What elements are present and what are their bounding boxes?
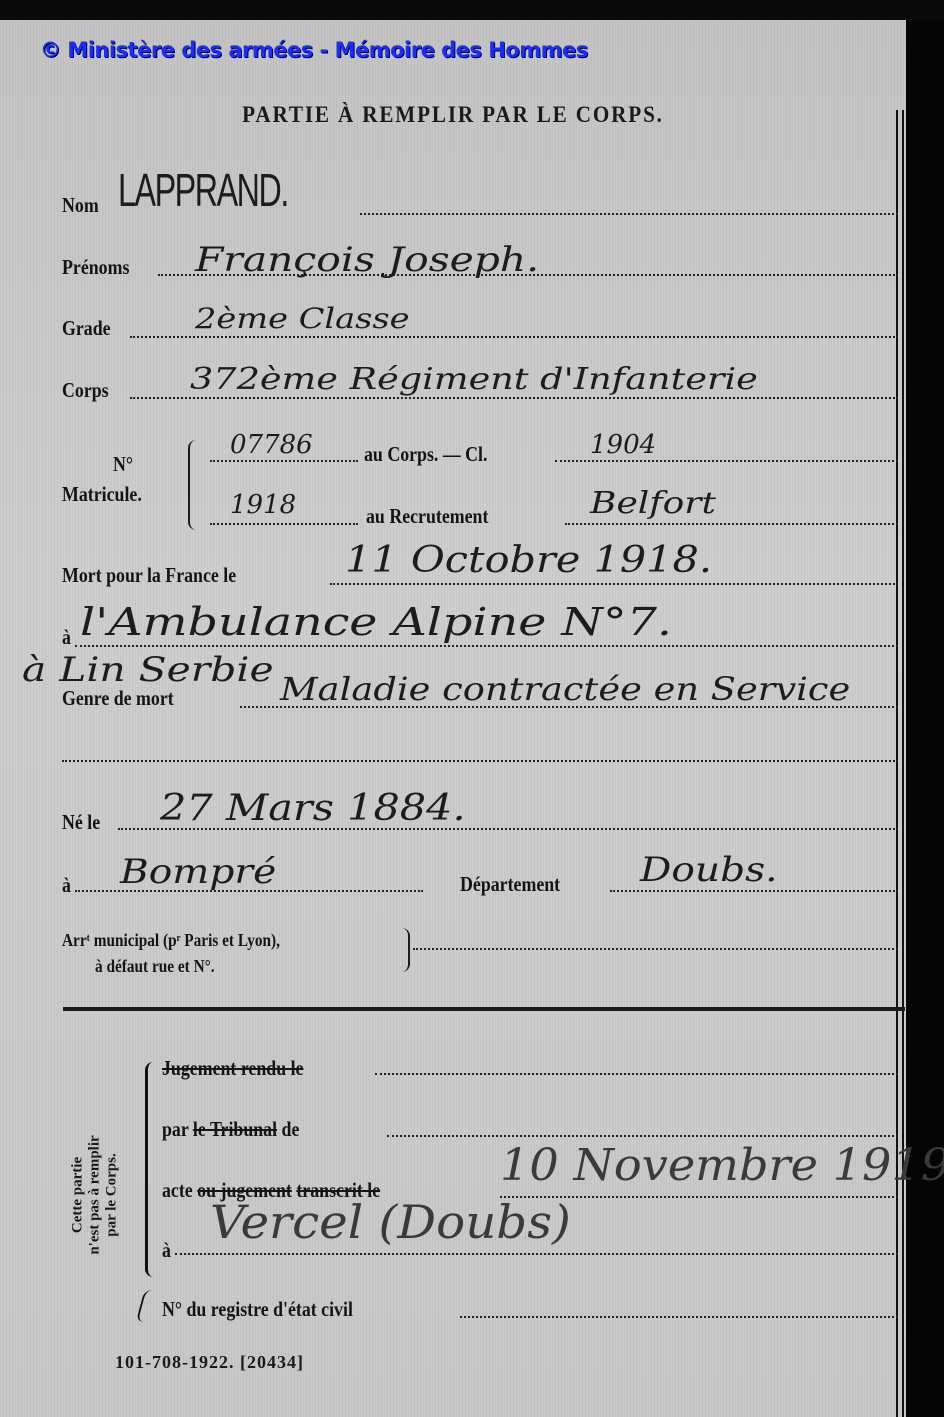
dotted-line: [460, 1316, 898, 1318]
side-note-line: n'est pas à remplir: [87, 1080, 104, 1310]
tribunal-prefix: par: [162, 1117, 188, 1141]
matricule-corps-value: 07786: [230, 430, 313, 460]
dotted-line: [210, 523, 358, 525]
watermark: © Ministère des armées - Mémoire des Hom…: [40, 38, 588, 62]
arrondissement-label-1: Arrᵗ municipal (pʳ Paris et Lyon),: [62, 930, 280, 951]
grade-label: Grade: [62, 316, 111, 341]
page-title: PARTIE À REMPLIR PAR LE CORPS.: [36, 102, 870, 128]
brace: [398, 928, 410, 972]
classe-value: 1904: [590, 430, 656, 460]
lieu-mort-extra: à Lin Serbie: [22, 650, 274, 690]
matricule-no-label: N°: [113, 452, 133, 477]
dotted-line: [130, 397, 898, 399]
lieu-naissance-value: Bompré: [120, 852, 276, 892]
border-line: [902, 110, 904, 1417]
corps-value: 372ème Régiment d'Infanterie: [190, 362, 758, 397]
brace: [145, 1062, 158, 1277]
mort-label: Mort pour la France le: [62, 563, 236, 588]
side-note: Cette partie n'est pas à remplir par le …: [40, 1080, 150, 1310]
lieu-mort-value: l'Ambulance Alpine N°7.: [80, 600, 672, 644]
acte-value: 10 Novembre 1919: [500, 1140, 944, 1191]
matricule-corps-label: au Corps. — Cl.: [364, 442, 487, 467]
transcription-lieu-value: Vercel (Doubs): [210, 1195, 571, 1249]
registre-label: N° du registre d'état civil: [162, 1297, 353, 1322]
section-divider: [63, 1007, 905, 1011]
corps-label: Corps: [62, 378, 109, 403]
dotted-line: [387, 1135, 898, 1137]
form-code: 101-708-1922. [20434]: [115, 1352, 304, 1373]
dotted-line: [565, 523, 898, 525]
nom-value: LAPPRAND.: [118, 163, 288, 217]
prenoms-value: François Joseph.: [195, 240, 539, 280]
dotted-line: [130, 336, 898, 338]
naissance-value: 27 Mars 1884.: [160, 788, 466, 829]
dotted-line: [375, 1073, 898, 1075]
lieu-mort-label: à: [62, 625, 71, 650]
side-note-line: par le Corps.: [104, 1080, 121, 1310]
matricule-label: Matricule.: [62, 482, 142, 507]
dotted-line: [175, 1253, 898, 1255]
arrondissement-label-2: à défaut rue et N°.: [95, 956, 215, 977]
dotted-line: [75, 645, 898, 647]
nom-label: Nom: [62, 193, 99, 218]
scan-edge: [906, 20, 944, 1417]
mort-value: 11 Octobre 1918.: [345, 540, 712, 581]
dotted-line: [62, 760, 898, 762]
departement-value: Doubs.: [640, 850, 778, 890]
genre-mort-value: Maladie contractée en Service: [280, 670, 850, 708]
tribunal-struck: le Tribunal: [193, 1117, 277, 1141]
dotted-line: [610, 890, 898, 892]
recrutement-value: 1918: [230, 490, 296, 520]
prenoms-label: Prénoms: [62, 255, 129, 280]
naissance-label: Né le: [62, 810, 100, 835]
recrutement-place: Belfort: [590, 486, 716, 521]
dotted-line: [330, 583, 898, 585]
lieu-naissance-label: à: [62, 873, 71, 898]
dotted-line: [360, 213, 898, 215]
side-note-line: Cette partie: [70, 1080, 87, 1310]
dotted-line: [210, 460, 358, 462]
tribunal-label: par le Tribunal de: [162, 1117, 299, 1142]
dotted-line: [413, 948, 898, 950]
dotted-line: [555, 460, 898, 462]
transcription-lieu-label: à: [162, 1238, 171, 1263]
jugement-label: Jugement rendu le: [162, 1056, 303, 1081]
departement-label: Département: [460, 872, 560, 897]
acte-prefix: acte: [162, 1178, 193, 1202]
border-line: [896, 110, 898, 1417]
genre-mort-label: Genre de mort: [62, 686, 174, 711]
brace: [188, 440, 200, 530]
recrutement-label: au Recrutement: [366, 504, 488, 529]
grade-value: 2ème Classe: [195, 302, 410, 335]
tribunal-suffix: de: [282, 1117, 300, 1141]
